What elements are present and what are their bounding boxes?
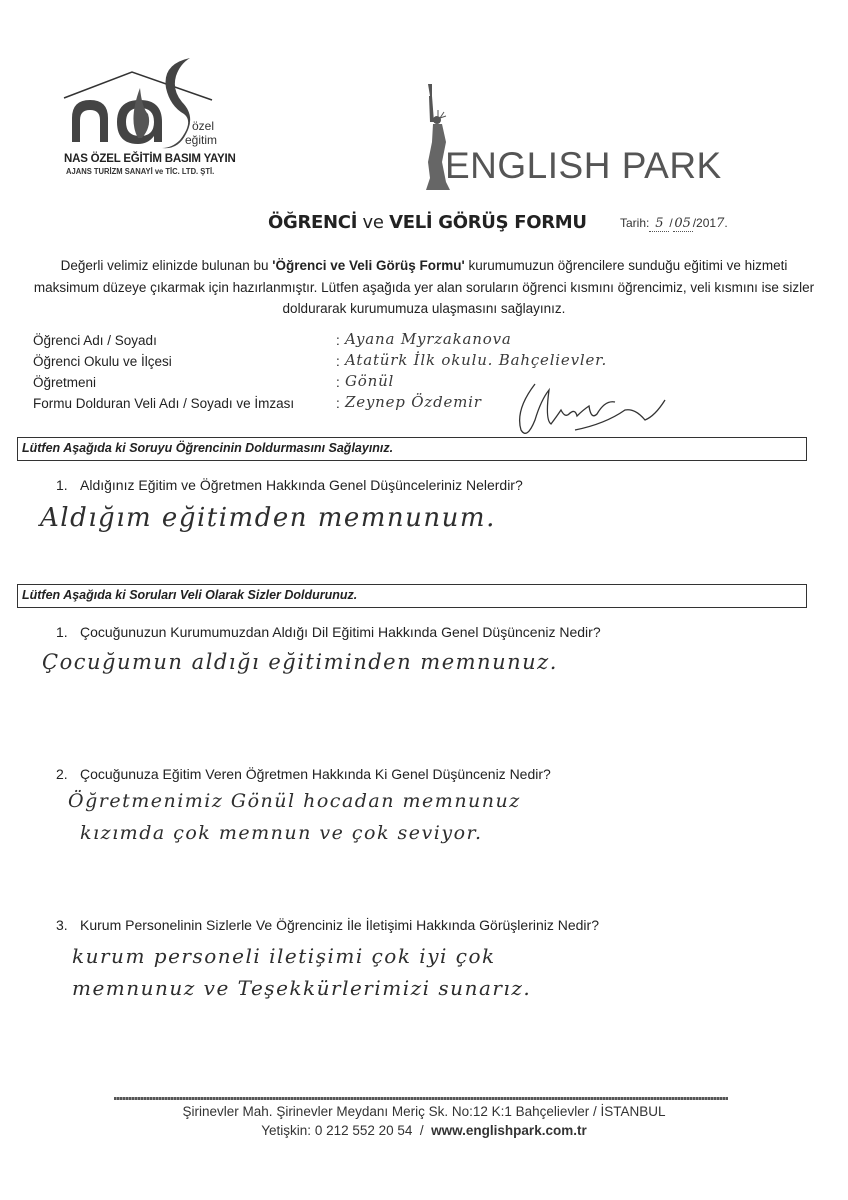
footer-address: Şirinevler Mah. Şirinevler Meydanı Meriç… (0, 1104, 848, 1119)
student-answer-1[interactable]: Aldığım eğitimden memnunum. (40, 503, 496, 533)
footer-phone: Yetişkin: 0 212 552 20 54 (261, 1123, 412, 1138)
student-name-field[interactable]: Ayana Myrzakanova (345, 330, 512, 348)
info-row-school: Öğrenci Okulu ve İlçesi : Atatürk İlk ok… (33, 354, 813, 375)
parent-answer-3-line-1[interactable]: kurum personeli iletişimi çok iyi çok (72, 944, 496, 968)
student-question-1: 1.Aldığınız Eğitim ve Öğretmen Hakkında … (56, 477, 523, 493)
teacher-field[interactable]: Gönül (345, 372, 394, 390)
company-name: NAS ÖZEL EĞİTİM BASIM YAYIN (64, 153, 236, 165)
footer-website-link[interactable]: www.englishpark.com.tr (431, 1123, 587, 1138)
company-subtitle: AJANS TURİZM SANAYİ ve TİC. LTD. ŞTİ. (66, 167, 214, 176)
date-field[interactable]: Tarih:5/05/2017. (620, 216, 728, 232)
school-field[interactable]: Atatürk İlk okulu. Bahçelievler. (345, 351, 607, 369)
svg-text:eğitim: eğitim (185, 133, 217, 147)
info-row-parent: Formu Dolduran Veli Adı / Soyadı ve İmza… (33, 396, 813, 417)
parent-answer-2-line-1[interactable]: Öğretmenimiz Gönül hocadan memnunuz (68, 790, 521, 812)
footer-contact: Yetişkin: 0 212 552 20 54 / www.englishp… (0, 1123, 848, 1138)
student-section-header: Lütfen Aşağıda ki Soruyu Öğrencinin Dold… (17, 437, 807, 461)
parent-answer-3-line-2[interactable]: memnunuz ve Teşekkürlerimizi sunarız. (72, 976, 531, 1000)
parent-answer-2-line-2[interactable]: kızımda çok memnun ve çok seviyor. (80, 822, 483, 844)
intro-paragraph: Değerli velimiz elinizde bulunan bu 'Öğr… (28, 255, 820, 320)
date-year: 7 (716, 216, 724, 231)
parent-name-field[interactable]: Zeynep Özdemir (345, 393, 482, 411)
parent-question-1: 1.Çocuğunuzun Kurumumuzdan Aldığı Dil Eğ… (56, 624, 601, 640)
footer-divider (114, 1097, 728, 1100)
parent-answer-1[interactable]: Çocuğumun aldığı eğitiminden memnunuz. (42, 650, 558, 674)
brand-name: ENGLISH PARK (445, 145, 722, 187)
info-fields: Öğrenci Adı / Soyadı : Ayana Myrzakanova… (33, 333, 813, 417)
parent-section-header: Lütfen Aşağıda ki Soruları Veli Olarak S… (17, 584, 807, 608)
date-day: 5 (649, 216, 669, 232)
parent-question-3: 3.Kurum Personelinin Sizlerle Ve Öğrenci… (56, 917, 599, 933)
parent-question-2: 2.Çocuğunuza Eğitim Veren Öğretmen Hakkı… (56, 766, 551, 782)
signature-icon (505, 380, 685, 440)
svg-text:özel: özel (192, 119, 214, 133)
form-title: ÖĞRENCİ ve VELİ GÖRÜŞ FORMU (268, 212, 587, 233)
date-month: 05 (673, 216, 693, 232)
